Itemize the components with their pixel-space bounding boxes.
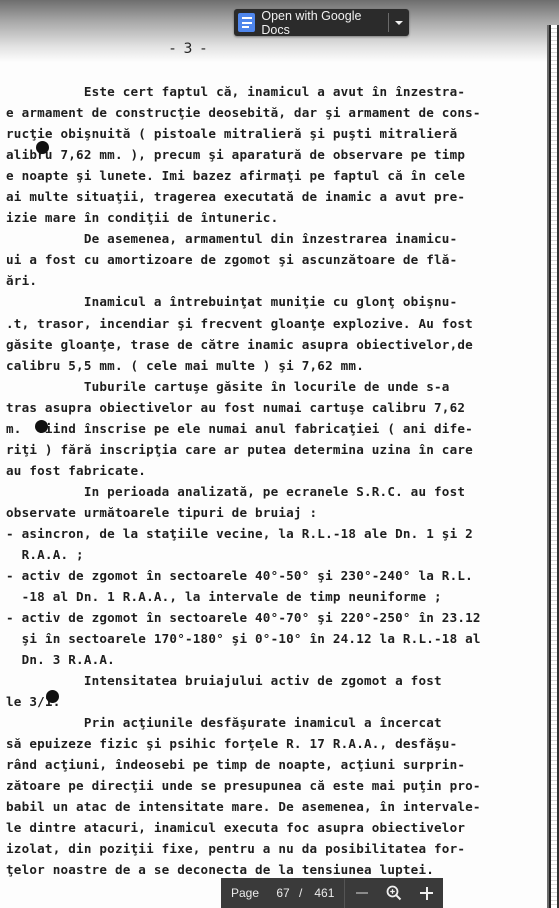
scanned-page-edge <box>547 25 559 908</box>
text-line: e noapte şi lunete. Imi bazez afirmaţi p… <box>6 169 465 183</box>
text-line: - activ de zgomot în sectoarele 40°-70° … <box>6 611 481 625</box>
text-line: -18 al Dn. 1 R.A.A., la intervale de tim… <box>6 590 442 604</box>
text-line: calibru 5,5 mm. ( cele mai multe ) şi 7,… <box>6 359 364 373</box>
zoom-in-button[interactable] <box>410 878 443 908</box>
ink-blot <box>36 141 49 154</box>
text-line: Inamicul a întrebuinţat muniţie cu glonţ… <box>6 295 457 309</box>
total-pages: 461 <box>314 886 334 900</box>
text-line: In perioada analizată, pe ecranele S.R.C… <box>6 485 465 499</box>
page-separator: / <box>299 886 302 900</box>
text-line: le dintre atacuri, inamicul executa foc … <box>6 821 465 835</box>
text-line: R.A.A. ; <box>6 548 84 562</box>
text-line: - asincron, de la staţiile vecine, la R.… <box>6 527 473 541</box>
open-with-google-docs-main[interactable]: Open with Google Docs <box>234 9 382 36</box>
caret-down-icon[interactable] <box>389 9 409 36</box>
minus-icon <box>356 892 368 894</box>
document-page: - 3 - Este cert faptul că, inamicul a av… <box>0 0 559 908</box>
text-line: să epuizeze fizic şi psihic forţele R. 1… <box>6 737 457 751</box>
text-line: zătoare pe direcţii unde se presupunea c… <box>6 779 481 793</box>
text-line: - activ de zgomot în sectoarele 40°-50° … <box>6 569 473 583</box>
text-line: ări. <box>6 274 37 288</box>
text-line: m. fiind înscrise pe ele numai anul fabr… <box>6 422 473 436</box>
text-line: observate următoarele tipuri de bruiaj : <box>6 506 317 520</box>
text-line: rând acţiuni, îndeosebi pe timp de noapt… <box>6 758 465 772</box>
page-toolbar: Page / 461 <box>221 878 443 908</box>
text-line: Intensitatea bruiajului activ de zgomot … <box>6 674 442 688</box>
ink-blot <box>35 420 48 433</box>
text-line: tras asupra obiectivelor au fost numai c… <box>6 401 465 415</box>
text-line: Prin acţiunile desfăşurate inamicul a în… <box>6 716 442 730</box>
google-docs-icon <box>238 13 255 32</box>
text-line: au fost fabricate. <box>6 464 146 478</box>
text-line: riţi ) fără inscripţia care ar putea det… <box>6 443 473 457</box>
text-line: e armament de construcţie deosebită, dar… <box>6 106 481 120</box>
text-line: rucţie obişnuită ( pistoale mitralieră ş… <box>6 127 457 141</box>
page-number: - 3 - <box>170 41 208 57</box>
text-line: găsite gloanţe, trase de către inamic as… <box>6 338 473 352</box>
text-line: alibru 7,62 mm. ), precum şi aparatură d… <box>6 148 465 162</box>
text-line: Tuburile cartuşe găsite în locurile de u… <box>6 380 450 394</box>
page-label: Page <box>231 886 259 900</box>
open-with-label: Open with Google Docs <box>261 9 382 37</box>
plus-icon <box>420 887 433 900</box>
text-line: Dn. 3 R.A.A. <box>6 653 115 667</box>
current-page-input[interactable] <box>273 886 293 900</box>
text-line: .t, trasor, incendiar şi frecvent gloanţ… <box>6 317 473 331</box>
zoom-reset-button[interactable] <box>378 878 411 908</box>
text-line: ai multe situaţii, tragerea executată de… <box>6 190 465 204</box>
text-line: Este cert faptul că, inamicul a avut în … <box>6 85 465 99</box>
text-line: babil un atac de intensitate mare. De as… <box>6 800 481 814</box>
text-line: izolat, din poziţii fixe, pentru a nu da… <box>6 842 465 856</box>
ink-blot <box>46 690 59 703</box>
open-with-google-docs-button[interactable]: Open with Google Docs <box>234 9 409 36</box>
magnifier-icon <box>386 885 402 901</box>
text-line: ui a fost cu amortizoare de zgomot şi as… <box>6 253 457 267</box>
text-line: şi în sectoarele 170°-180° şi 0°-10° în … <box>6 632 481 646</box>
text-line: De asemenea, armamentul din înzestrarea … <box>6 232 457 246</box>
text-line: ţelor noastre de a se deconecta de la te… <box>6 863 434 877</box>
zoom-out-button[interactable] <box>345 878 378 908</box>
text-line: izie mare în condiţii de întuneric. <box>6 211 278 225</box>
